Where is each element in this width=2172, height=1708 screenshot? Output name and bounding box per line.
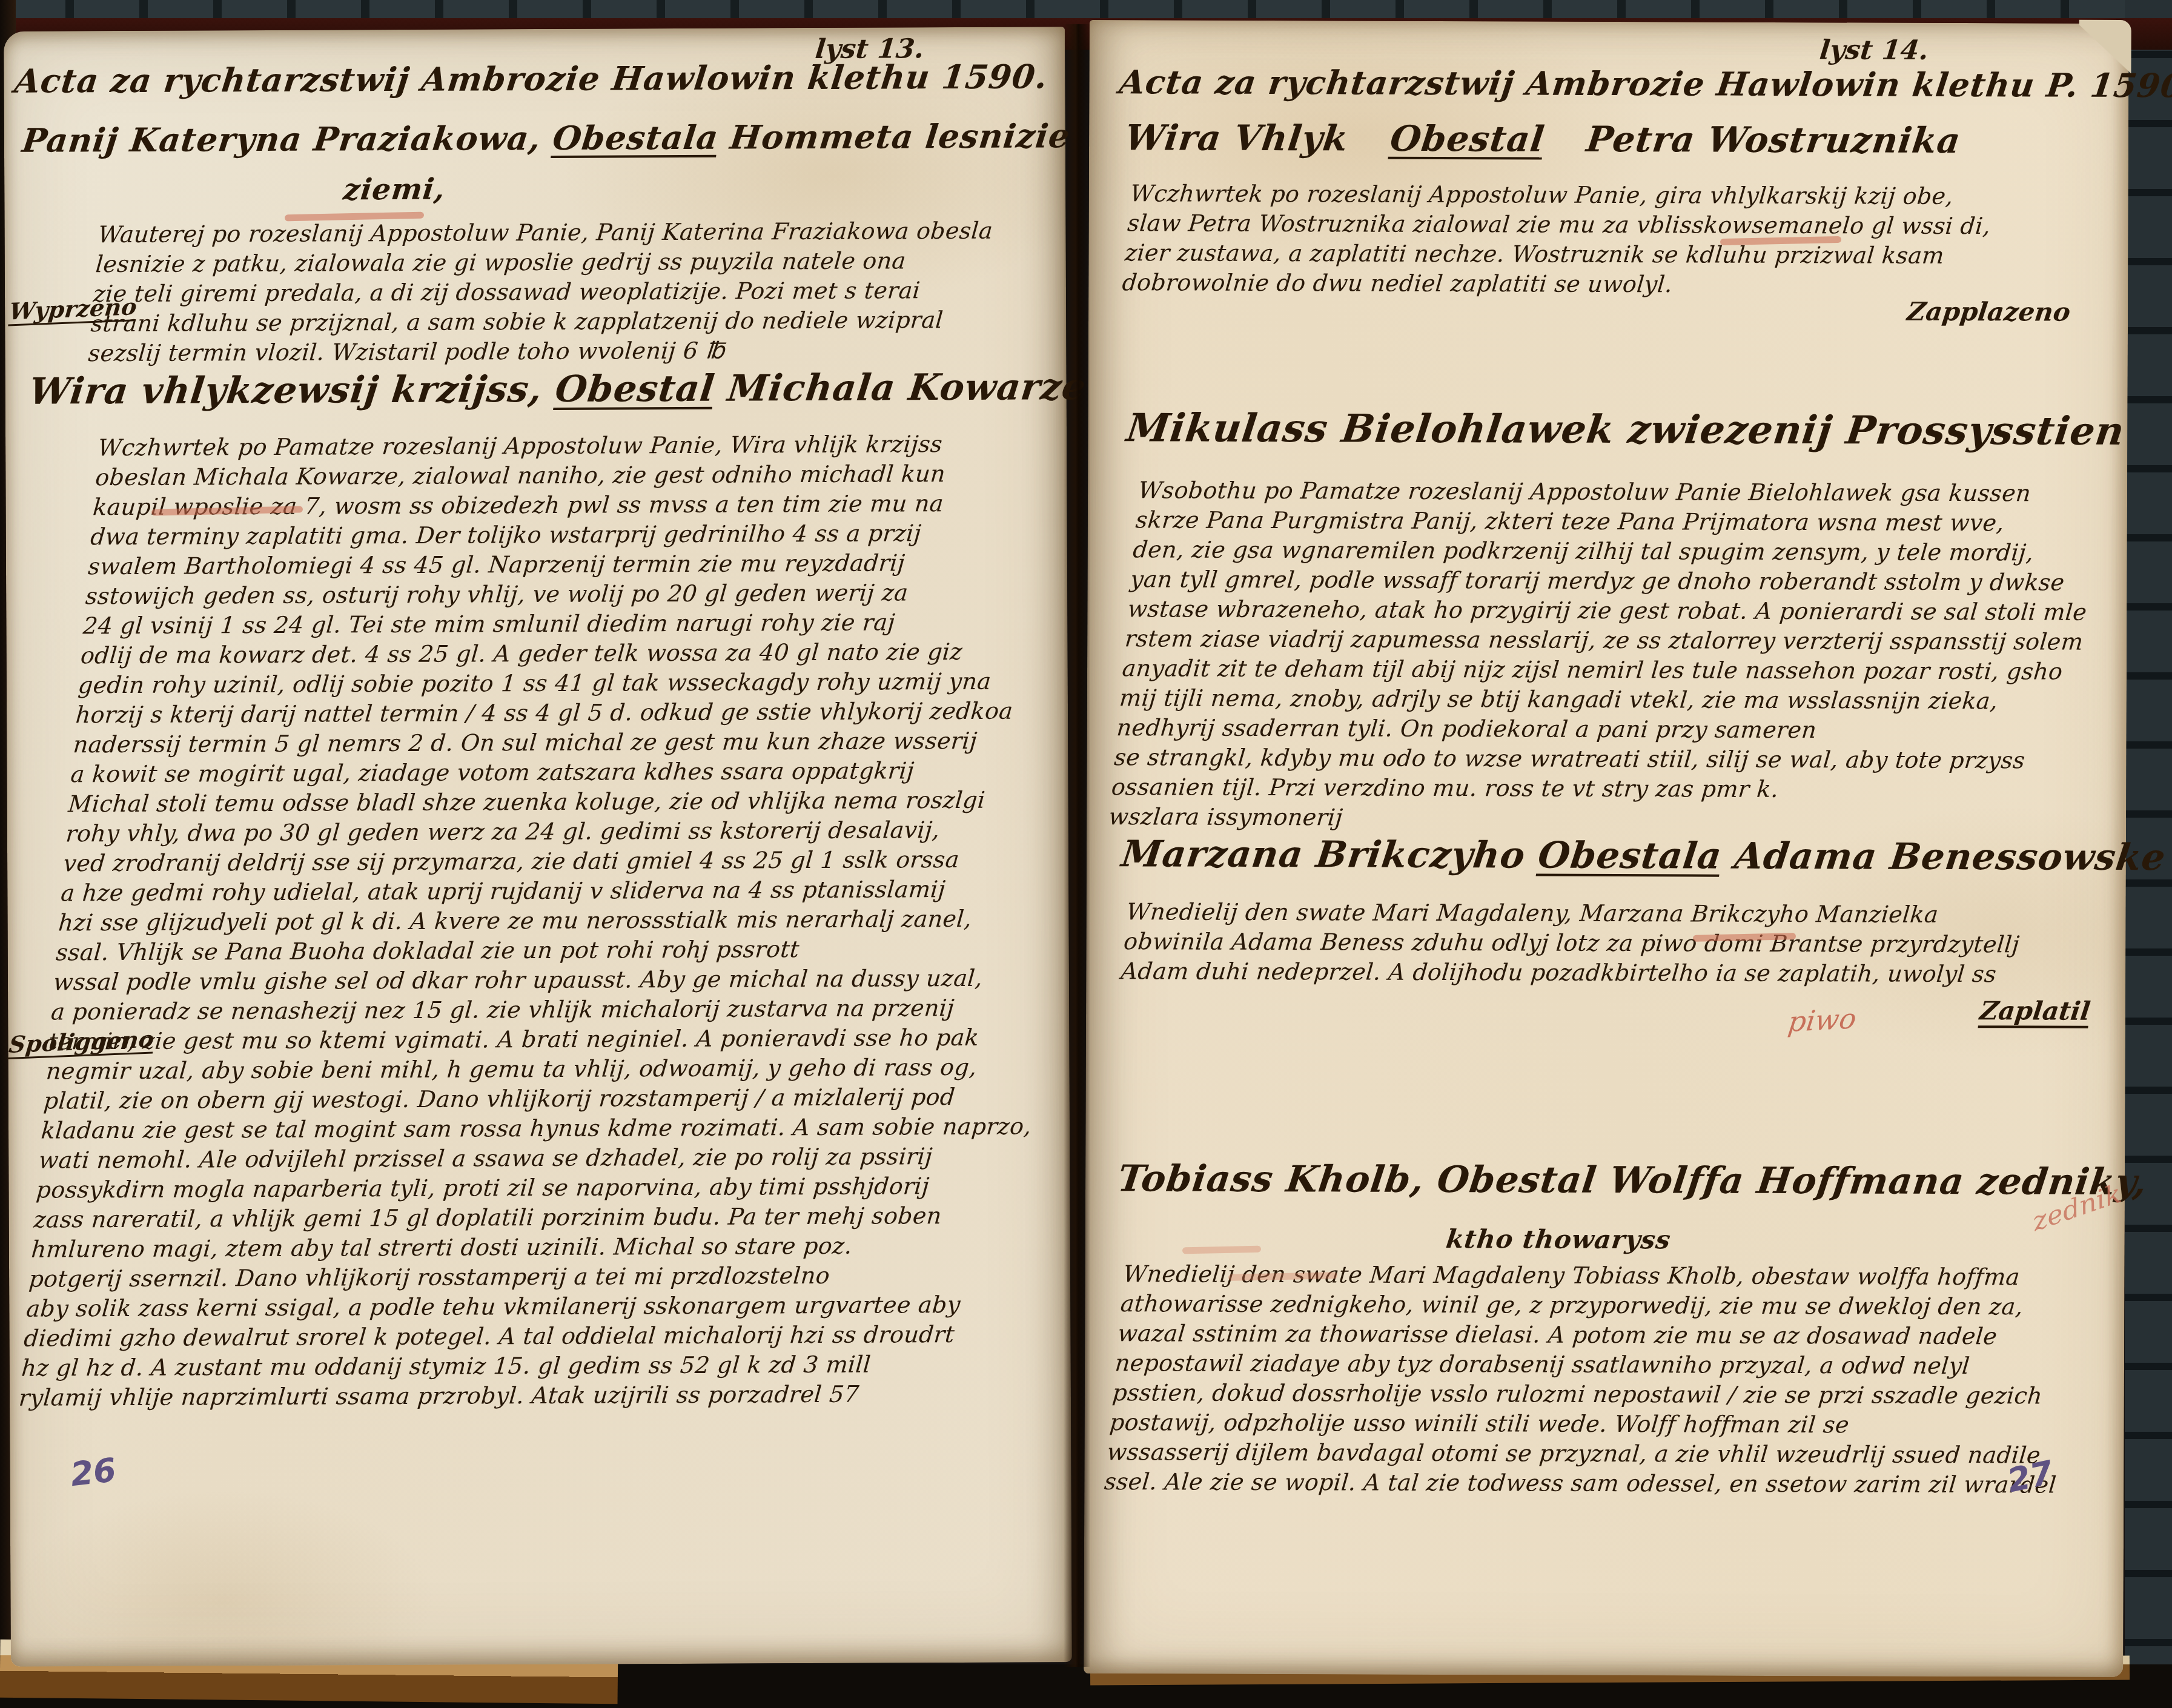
left-title-post: Hommeta lesnizie bbox=[716, 116, 1072, 157]
right-page: lyst 14. Acta za rychtarzstwij Ambrozie … bbox=[1084, 20, 2129, 1677]
right-sectionD-subheading: ktho thowaryss bbox=[1445, 1224, 1673, 1254]
right-sectionC-red-note: piwo bbox=[1786, 1002, 1858, 1038]
right-sectionD-heading: Tobiass Kholb, Obestal Wolffa Hoffmana z… bbox=[1116, 1157, 2150, 1203]
left-paragraph-1: Wauterej po rozeslanij Appostoluw Panie,… bbox=[87, 216, 1044, 368]
right-sectionC-status: Zaplatil bbox=[1978, 996, 2092, 1026]
right-sectionC-heading: Marzana Brikczyho Obestala Adama Benesso… bbox=[1119, 833, 2168, 879]
right-sA-underlined: Obestal bbox=[1388, 118, 1547, 160]
left-s2-heading-pre: Wira vhlykzewsij krzijss, bbox=[27, 368, 558, 413]
book-gutter bbox=[1064, 24, 1090, 1667]
right-header: Acta za rychtarzstwij Ambrozie Hawlowin … bbox=[1117, 62, 2172, 105]
right-sectionB-heading: Mikulass Bielohlawek zwiezenij Prossysst… bbox=[1124, 405, 2127, 454]
left-section2-body: Wczhwrtek po Pamatze rozeslanij Appostol… bbox=[18, 429, 1098, 1413]
left-title-line2: ziemi, bbox=[342, 173, 447, 207]
left-title: Panij Kateryna Praziakowa, Obestala Homm… bbox=[20, 116, 1072, 160]
right-sA-plaintiff: Wira Vhlyk bbox=[1123, 117, 1351, 159]
left-s2-heading-underlined: Obestal bbox=[553, 368, 717, 411]
right-sC-heading-underlined: Obestala bbox=[1535, 835, 1724, 878]
right-sC-heading-post: Adama Benessowske bbox=[1719, 835, 2168, 879]
left-header: Acta za rychtarzstwij Ambrozie Hawlowin … bbox=[13, 57, 1050, 100]
left-title-underlined: Obestala bbox=[551, 118, 721, 157]
left-pencil-page-number: 26 bbox=[68, 1451, 118, 1494]
right-folio-number: lyst 14. bbox=[1818, 35, 1930, 66]
manuscript-photo: lyst 13. Acta za rychtarzstwij Ambrozie … bbox=[0, 0, 2172, 1708]
left-section2-heading: Wira vhlykzewsij krzijss, Obestal Michal… bbox=[27, 366, 1088, 413]
right-sectionA-body: Wczhwrtek po rozeslanij Appostoluw Panie… bbox=[1121, 179, 2101, 301]
right-sA-defendant: Petra Wostruznika bbox=[1584, 119, 1963, 161]
right-sectionA-heading: Wira VhlykObestalPetra Wostruznika bbox=[1123, 117, 1963, 161]
right-sectionD-body: Wnedielij den swate Mari Magdaleny Tobia… bbox=[1103, 1259, 2112, 1500]
left-title-pre: Panij Kateryna Praziakowa, bbox=[20, 119, 555, 160]
left-margin-note-spoliggeno: Spoliggeno bbox=[8, 1025, 156, 1058]
left-s2-heading-post: Michala Kowarze bbox=[712, 366, 1088, 410]
right-sectionA-status: Zapplazeno bbox=[1905, 297, 2072, 327]
right-sectionB-body: Wsobothu po Pamatze rozeslanij Appostolu… bbox=[1107, 475, 2114, 835]
left-page: lyst 13. Acta za rychtarzstwij Ambrozie … bbox=[4, 27, 1072, 1667]
right-sC-heading-pre: Marzana Brikczyho bbox=[1119, 833, 1541, 876]
right-sectionC-body: Wnedielij den swate Mari Magdaleny, Marz… bbox=[1120, 897, 2103, 990]
